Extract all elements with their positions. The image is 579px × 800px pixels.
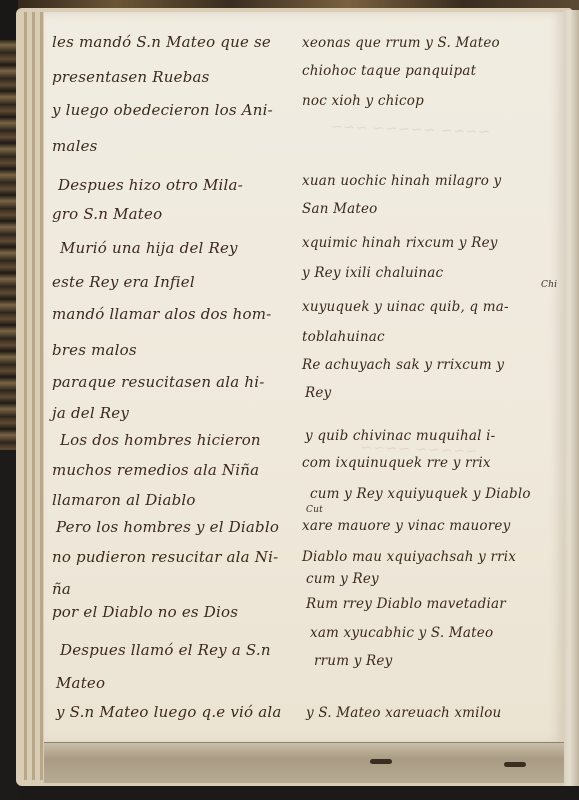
- spanish-line: y S.n Mateo luego q.e vió ala: [56, 703, 282, 721]
- mayan-line: toblahuinac: [302, 329, 385, 345]
- mayan-line: xare mauore y vinac mauorey: [302, 518, 510, 534]
- mayan-line: xeonas que rrum y S. Mateo: [302, 35, 500, 51]
- page-edge: [32, 12, 35, 780]
- mayan-line: com ixquinuquek rre y rrix: [302, 455, 491, 471]
- spanish-line: les mandó S.n Mateo que se: [52, 33, 271, 51]
- spanish-line: no pudieron resucitar ala Ni-: [52, 548, 278, 566]
- mayan-line: Rey: [305, 385, 331, 401]
- spanish-line: Pero los hombres y el Diablo: [56, 518, 279, 536]
- spanish-line: este Rey era Infiel: [52, 273, 195, 291]
- spanish-line: ja del Rey: [52, 404, 129, 422]
- spanish-line: Despues llamó el Rey a S.n: [60, 641, 271, 659]
- spanish-line: males: [52, 137, 98, 155]
- mayan-line: xam xyucabhic y S. Mateo: [310, 625, 493, 641]
- mayan-line: Rum rrey Diablo mavetadiar: [306, 596, 506, 612]
- spanish-line: Los dos hombres hicieron: [60, 431, 261, 449]
- mayan-line: y quib chivinac muquihal i-: [305, 428, 495, 444]
- superscript-note: Chi: [541, 280, 557, 290]
- mayan-line: chiohoc taque panquipat: [302, 63, 476, 79]
- mayan-line: cum y Rey xquiyuquek y Diablo: [310, 486, 531, 502]
- spanish-line: muchos remedios ala Niña: [52, 461, 259, 479]
- mayan-line: rrum y Rey: [314, 653, 392, 669]
- mayan-line: y Rey ixili chaluinac: [302, 265, 443, 281]
- page-bottom-edge: [44, 742, 564, 783]
- mayan-line: San Mateo: [302, 201, 378, 217]
- spanish-line: ña: [52, 580, 71, 598]
- stain-mark: [370, 759, 392, 764]
- spanish-line: por el Diablo no es Dios: [52, 603, 238, 621]
- mayan-line: Re achuyach sak y rrixcum y: [302, 357, 504, 373]
- spanish-line: gro S.n Mateo: [52, 205, 162, 223]
- spanish-line: y luego obedecieron los Ani-: [52, 101, 273, 119]
- spanish-line: Murió una hija del Rey: [60, 239, 238, 257]
- stain-mark: [504, 762, 526, 767]
- spanish-line: presentasen Ruebas: [52, 68, 210, 86]
- mayan-line: Diablo mau xquiyachsah y rrix: [302, 549, 516, 565]
- spanish-line: Mateo: [56, 674, 105, 692]
- page-edge: [24, 12, 27, 780]
- mayan-line: xuyuquek y uinac quib, q ma-: [302, 299, 509, 315]
- mayan-line: xuan uochic hinah milagro y: [302, 173, 501, 189]
- spanish-line: Despues hizo otro Mila-: [58, 176, 243, 194]
- spanish-line: llamaron al Diablo: [52, 491, 196, 509]
- mayan-line: cum y Rey: [306, 571, 379, 587]
- page-edge: [40, 12, 43, 780]
- mayan-line: xquimic hinah rixcum y Rey: [302, 235, 498, 251]
- mayan-line: y S. Mateo xareuach xmilou: [306, 705, 501, 721]
- superscript-note: Cut: [306, 505, 323, 515]
- spanish-line: bres malos: [52, 341, 137, 359]
- mayan-line: noc xioh y chicop: [302, 93, 424, 109]
- spanish-line: paraque resucitasen ala hi-: [52, 373, 265, 391]
- spanish-line: mandó llamar alos dos hom-: [52, 305, 271, 323]
